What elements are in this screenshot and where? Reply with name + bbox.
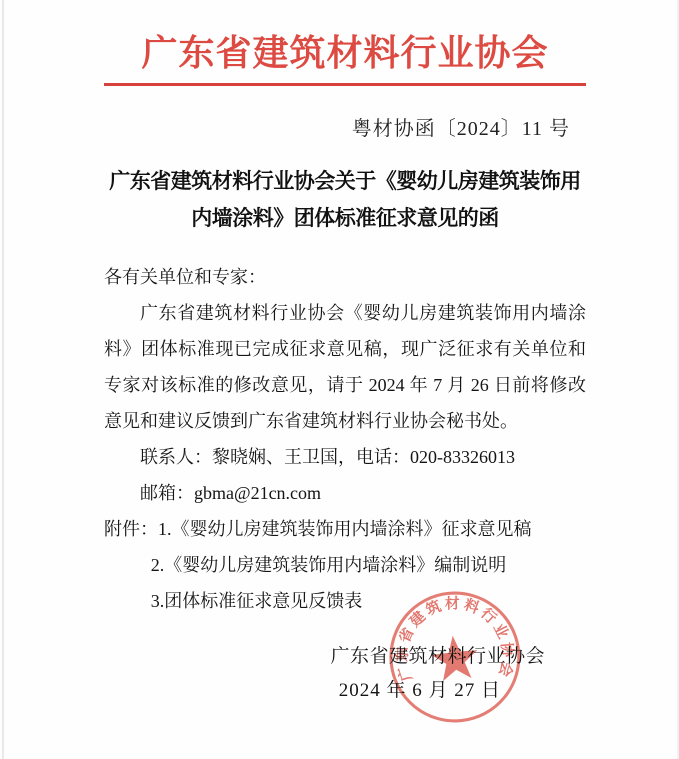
signature-org-name: 广东省建筑材料行业协会 [330, 641, 545, 668]
scan-edge-artifact-left [2, 0, 4, 759]
letterhead-org-name: 广东省建筑材料行业协会 [104, 25, 586, 76]
contact-line: 联系人：黎晓娴、王卫国，电话：020-83326013 [104, 439, 586, 475]
letter-title: 广东省建筑材料行业协会关于《婴幼儿房建筑装饰用 内墙涂料》团体标准征求意见的函 [104, 163, 586, 237]
scanned-letter-page: 广东省建筑材料行业协会 粤材协函〔2024〕11 号 广东省建筑材料行业协会关于… [0, 0, 679, 759]
attachment-line-2: 2.《婴幼儿房建筑装饰用内墙涂料》编制说明 [104, 547, 586, 583]
letterhead-red-rule [104, 83, 586, 86]
email-line: 邮箱：gbma@21cn.com [104, 475, 586, 511]
letter-title-line2: 内墙涂料》团体标准征求意见的函 [104, 200, 586, 237]
signature-date: 2024 年 6 月 27 日 [339, 675, 501, 702]
main-paragraph: 广东省建筑材料行业协会《婴幼儿房建筑装饰用内墙涂料》团体标准现已完成征求意见稿，… [104, 295, 586, 439]
attachment-line-1: 附件：1.《婴幼儿房建筑装饰用内墙涂料》征求意见稿 [104, 511, 586, 547]
letter-title-line1: 广东省建筑材料行业协会关于《婴幼儿房建筑装饰用 [104, 163, 586, 200]
salutation: 各有关单位和专家： [104, 259, 586, 295]
letter-body: 各有关单位和专家： 广东省建筑材料行业协会《婴幼儿房建筑装饰用内墙涂料》团体标准… [104, 259, 586, 619]
document-number: 粤材协函〔2024〕11 号 [104, 112, 586, 141]
letter-content: 广东省建筑材料行业协会 粤材协函〔2024〕11 号 广东省建筑材料行业协会关于… [104, 0, 586, 619]
